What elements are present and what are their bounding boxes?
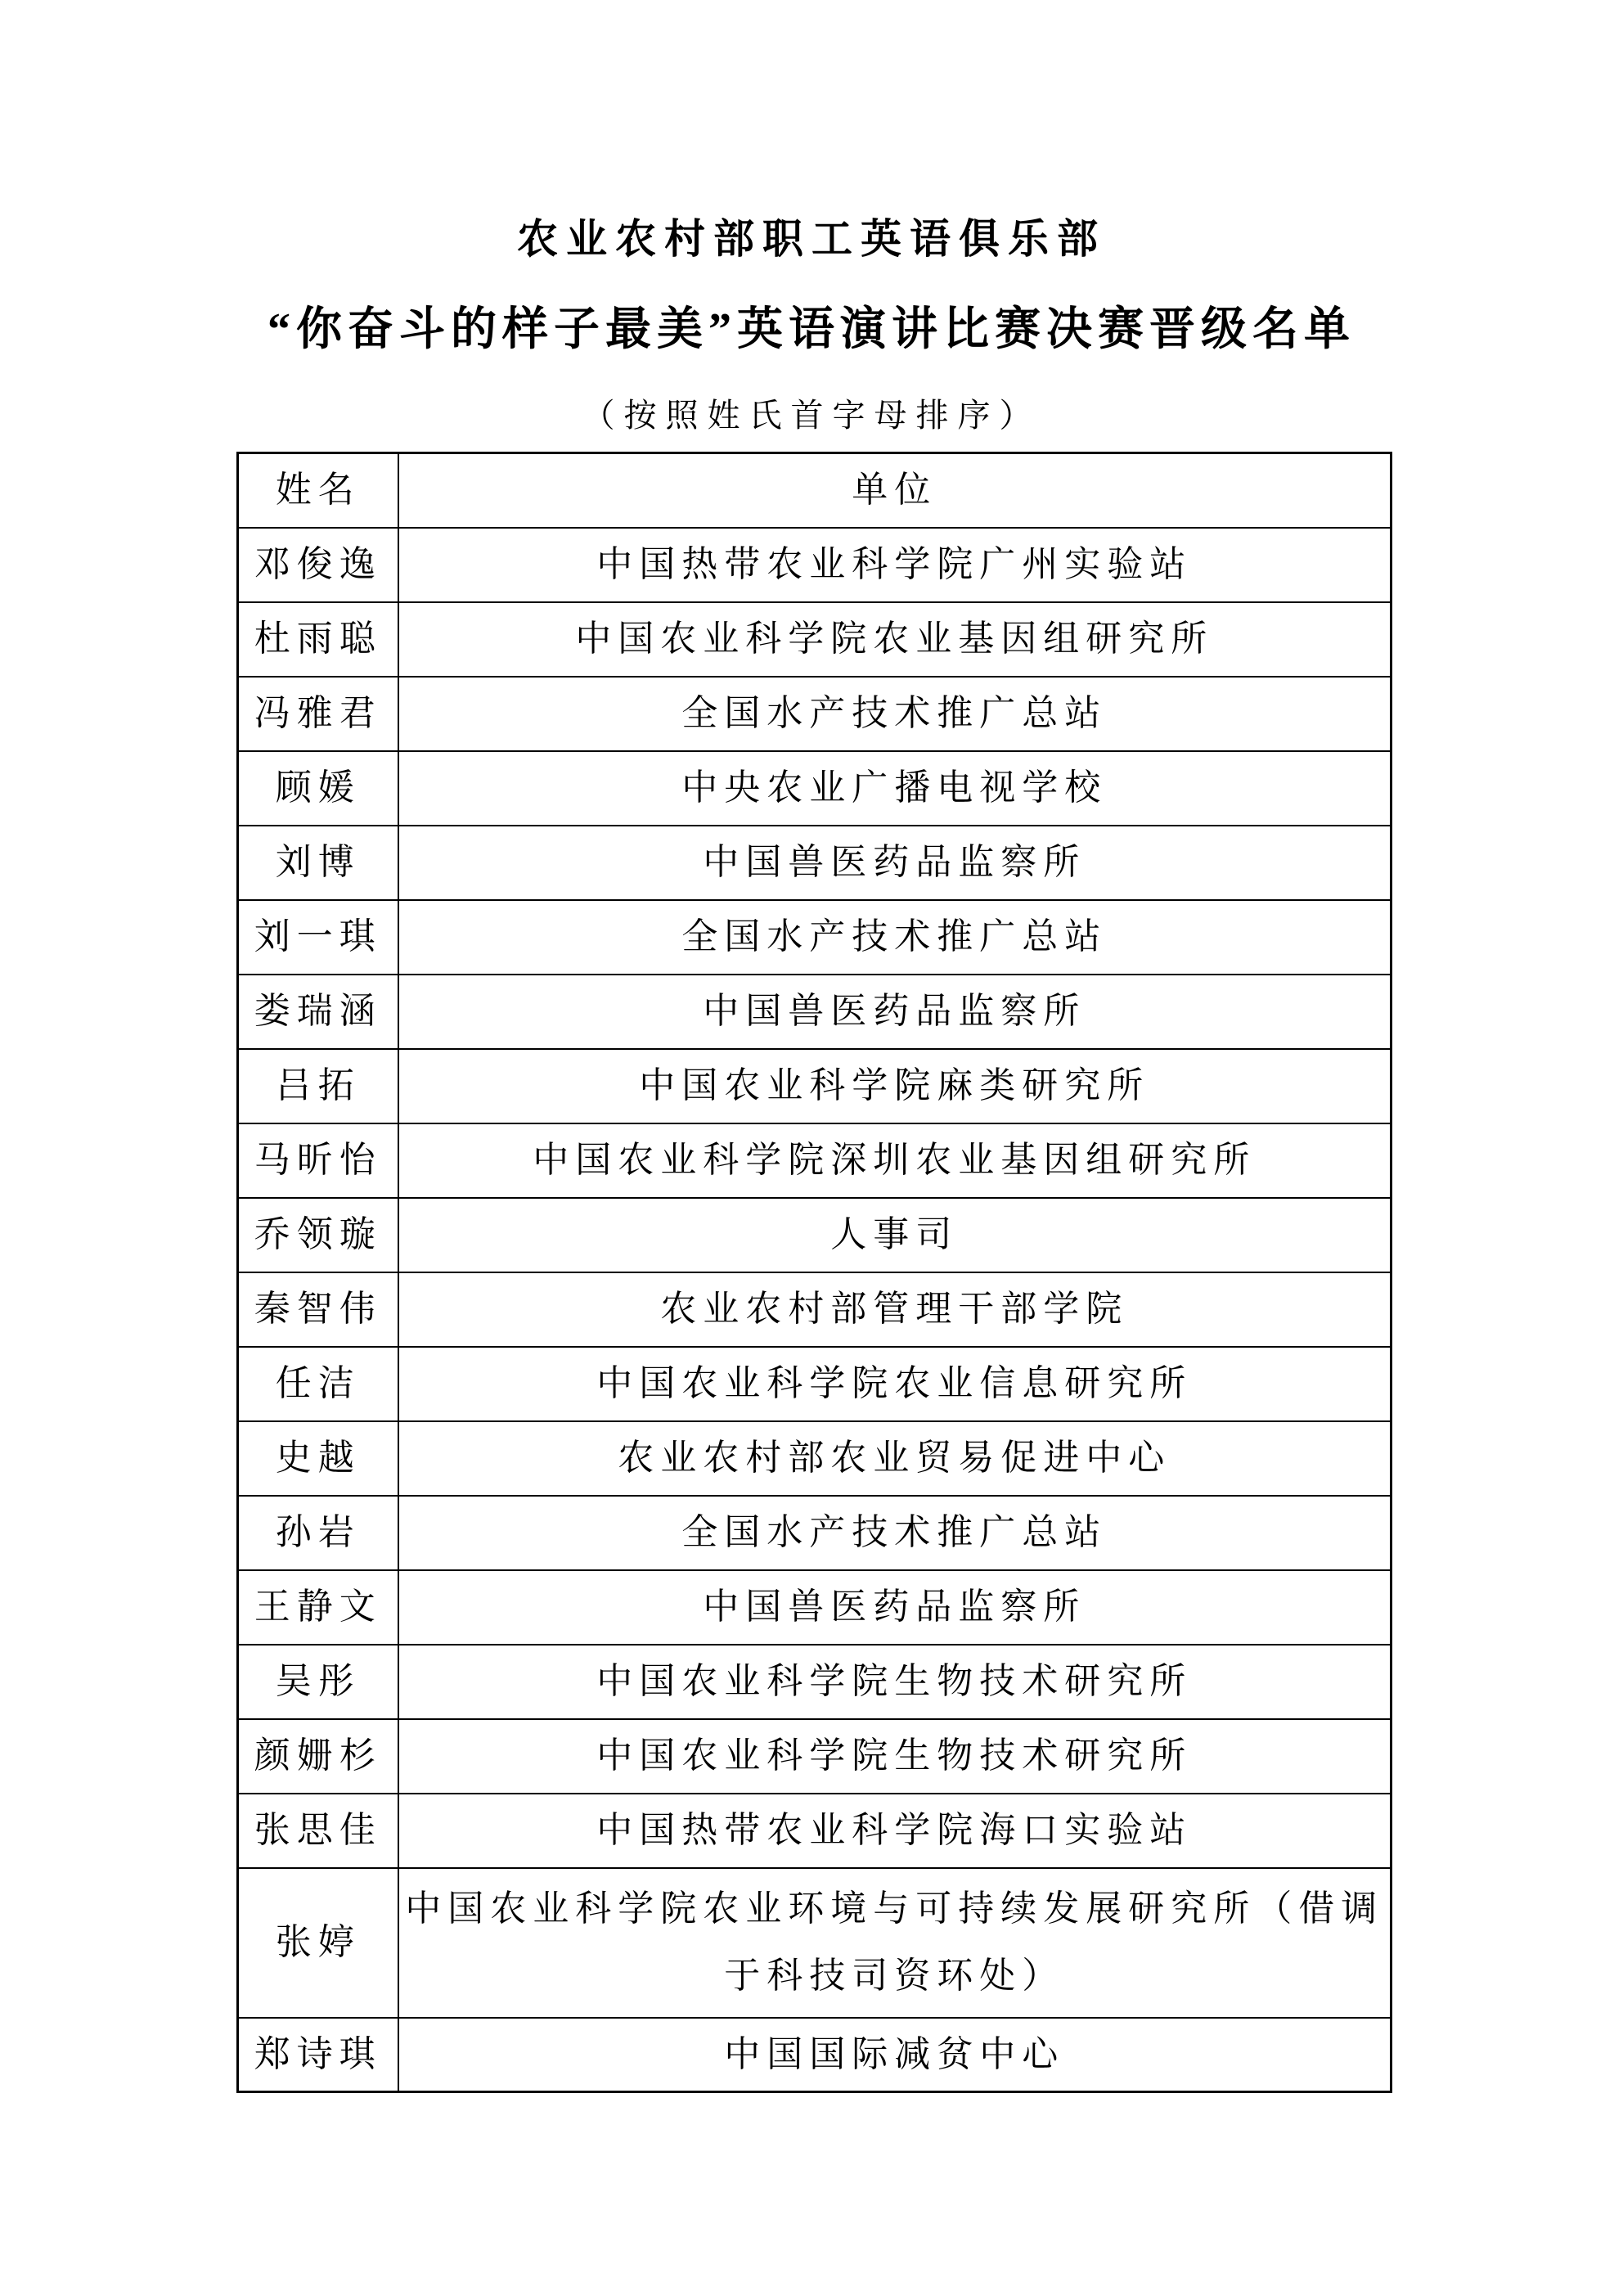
cell-unit: 中国农业科学院生物技术研究所 bbox=[398, 1719, 1391, 1794]
table-row: 张思佳 中国热带农业科学院海口实验站 bbox=[238, 1794, 1391, 1868]
cell-unit: 中国农业科学院麻类研究所 bbox=[398, 1049, 1391, 1123]
cell-name: 孙岩 bbox=[238, 1496, 398, 1570]
cell-name: 乔领璇 bbox=[238, 1198, 398, 1272]
cell-unit: 中央农业广播电视学校 bbox=[398, 751, 1391, 826]
cell-unit: 农业农村部农业贸易促进中心 bbox=[398, 1421, 1391, 1496]
cell-name: 邓俊逸 bbox=[238, 528, 398, 602]
cell-name: 张思佳 bbox=[238, 1794, 398, 1868]
cell-name: 吕拓 bbox=[238, 1049, 398, 1123]
table-row: 史越 农业农村部农业贸易促进中心 bbox=[238, 1421, 1391, 1496]
table-row: 任洁 中国农业科学院农业信息研究所 bbox=[238, 1347, 1391, 1421]
cell-name: 郑诗琪 bbox=[238, 2018, 398, 2092]
cell-name: 刘一琪 bbox=[238, 900, 398, 975]
cell-unit: 中国兽医药品监察所 bbox=[398, 975, 1391, 1049]
table-row: 冯雅君 全国水产技术推广总站 bbox=[238, 677, 1391, 751]
cell-name: 马昕怡 bbox=[238, 1123, 398, 1198]
table-header-row: 姓名 单位 bbox=[238, 453, 1391, 528]
table-row: 秦智伟 农业农村部管理干部学院 bbox=[238, 1272, 1391, 1347]
table-row: 王静文 中国兽医药品监察所 bbox=[238, 1570, 1391, 1645]
table-row: 马昕怡 中国农业科学院深圳农业基因组研究所 bbox=[238, 1123, 1391, 1198]
cell-unit: 中国农业科学院生物技术研究所 bbox=[398, 1645, 1391, 1719]
cell-name: 史越 bbox=[238, 1421, 398, 1496]
header-unit: 单位 bbox=[398, 453, 1391, 528]
cell-unit: 中国热带农业科学院广州实验站 bbox=[398, 528, 1391, 602]
page-title-line1: 农业农村部职工英语俱乐部 bbox=[0, 206, 1623, 265]
cell-unit: 中国农业科学院农业信息研究所 bbox=[398, 1347, 1391, 1421]
cell-unit: 中国热带农业科学院海口实验站 bbox=[398, 1794, 1391, 1868]
cell-name: 任洁 bbox=[238, 1347, 398, 1421]
header-name: 姓名 bbox=[238, 453, 398, 528]
table-row: 刘一琪 全国水产技术推广总站 bbox=[238, 900, 1391, 975]
table-row: 顾媛 中央农业广播电视学校 bbox=[238, 751, 1391, 826]
table-row: 吕拓 中国农业科学院麻类研究所 bbox=[238, 1049, 1391, 1123]
cell-name: 杜雨聪 bbox=[238, 602, 398, 677]
sort-note: （按照姓氏首字母排序） bbox=[0, 389, 1623, 436]
table-row: 刘博 中国兽医药品监察所 bbox=[238, 826, 1391, 900]
cell-name: 娄瑞涵 bbox=[238, 975, 398, 1049]
cell-unit: 中国兽医药品监察所 bbox=[398, 826, 1391, 900]
cell-unit: 农业农村部管理干部学院 bbox=[398, 1272, 1391, 1347]
cell-unit: 全国水产技术推广总站 bbox=[398, 900, 1391, 975]
cell-name: 冯雅君 bbox=[238, 677, 398, 751]
cell-name: 刘博 bbox=[238, 826, 398, 900]
cell-name: 吴彤 bbox=[238, 1645, 398, 1719]
table-row: 郑诗琪 中国国际减贫中心 bbox=[238, 2018, 1391, 2092]
cell-unit: 中国农业科学院农业环境与可持续发展研究所（借调于科技司资环处） bbox=[398, 1868, 1391, 2018]
table-row: 乔领璇 人事司 bbox=[238, 1198, 1391, 1272]
cell-name: 颜姗杉 bbox=[238, 1719, 398, 1794]
page-title-line2: “你奋斗的样子最美”英语演讲比赛决赛晋级名单 bbox=[0, 293, 1623, 358]
cell-name: 秦智伟 bbox=[238, 1272, 398, 1347]
table-row: 张婷 中国农业科学院农业环境与可持续发展研究所（借调于科技司资环处） bbox=[238, 1868, 1391, 2018]
cell-name: 张婷 bbox=[238, 1868, 398, 2018]
document-page: 农业农村部职工英语俱乐部 “你奋斗的样子最美”英语演讲比赛决赛晋级名单 （按照姓… bbox=[0, 0, 1623, 2296]
cell-unit: 中国国际减贫中心 bbox=[398, 2018, 1391, 2092]
cell-unit: 中国农业科学院深圳农业基因组研究所 bbox=[398, 1123, 1391, 1198]
table-row: 孙岩 全国水产技术推广总站 bbox=[238, 1496, 1391, 1570]
roster-table: 姓名 单位 邓俊逸 中国热带农业科学院广州实验站 杜雨聪 中国农业科学院农业基因… bbox=[236, 452, 1392, 2093]
table-row: 杜雨聪 中国农业科学院农业基因组研究所 bbox=[238, 602, 1391, 677]
table-row: 娄瑞涵 中国兽医药品监察所 bbox=[238, 975, 1391, 1049]
cell-unit: 全国水产技术推广总站 bbox=[398, 1496, 1391, 1570]
cell-unit: 人事司 bbox=[398, 1198, 1391, 1272]
cell-unit: 中国农业科学院农业基因组研究所 bbox=[398, 602, 1391, 677]
table-row: 吴彤 中国农业科学院生物技术研究所 bbox=[238, 1645, 1391, 1719]
cell-name: 顾媛 bbox=[238, 751, 398, 826]
cell-name: 王静文 bbox=[238, 1570, 398, 1645]
cell-unit: 全国水产技术推广总站 bbox=[398, 677, 1391, 751]
table-row: 颜姗杉 中国农业科学院生物技术研究所 bbox=[238, 1719, 1391, 1794]
cell-unit: 中国兽医药品监察所 bbox=[398, 1570, 1391, 1645]
table-row: 邓俊逸 中国热带农业科学院广州实验站 bbox=[238, 528, 1391, 602]
